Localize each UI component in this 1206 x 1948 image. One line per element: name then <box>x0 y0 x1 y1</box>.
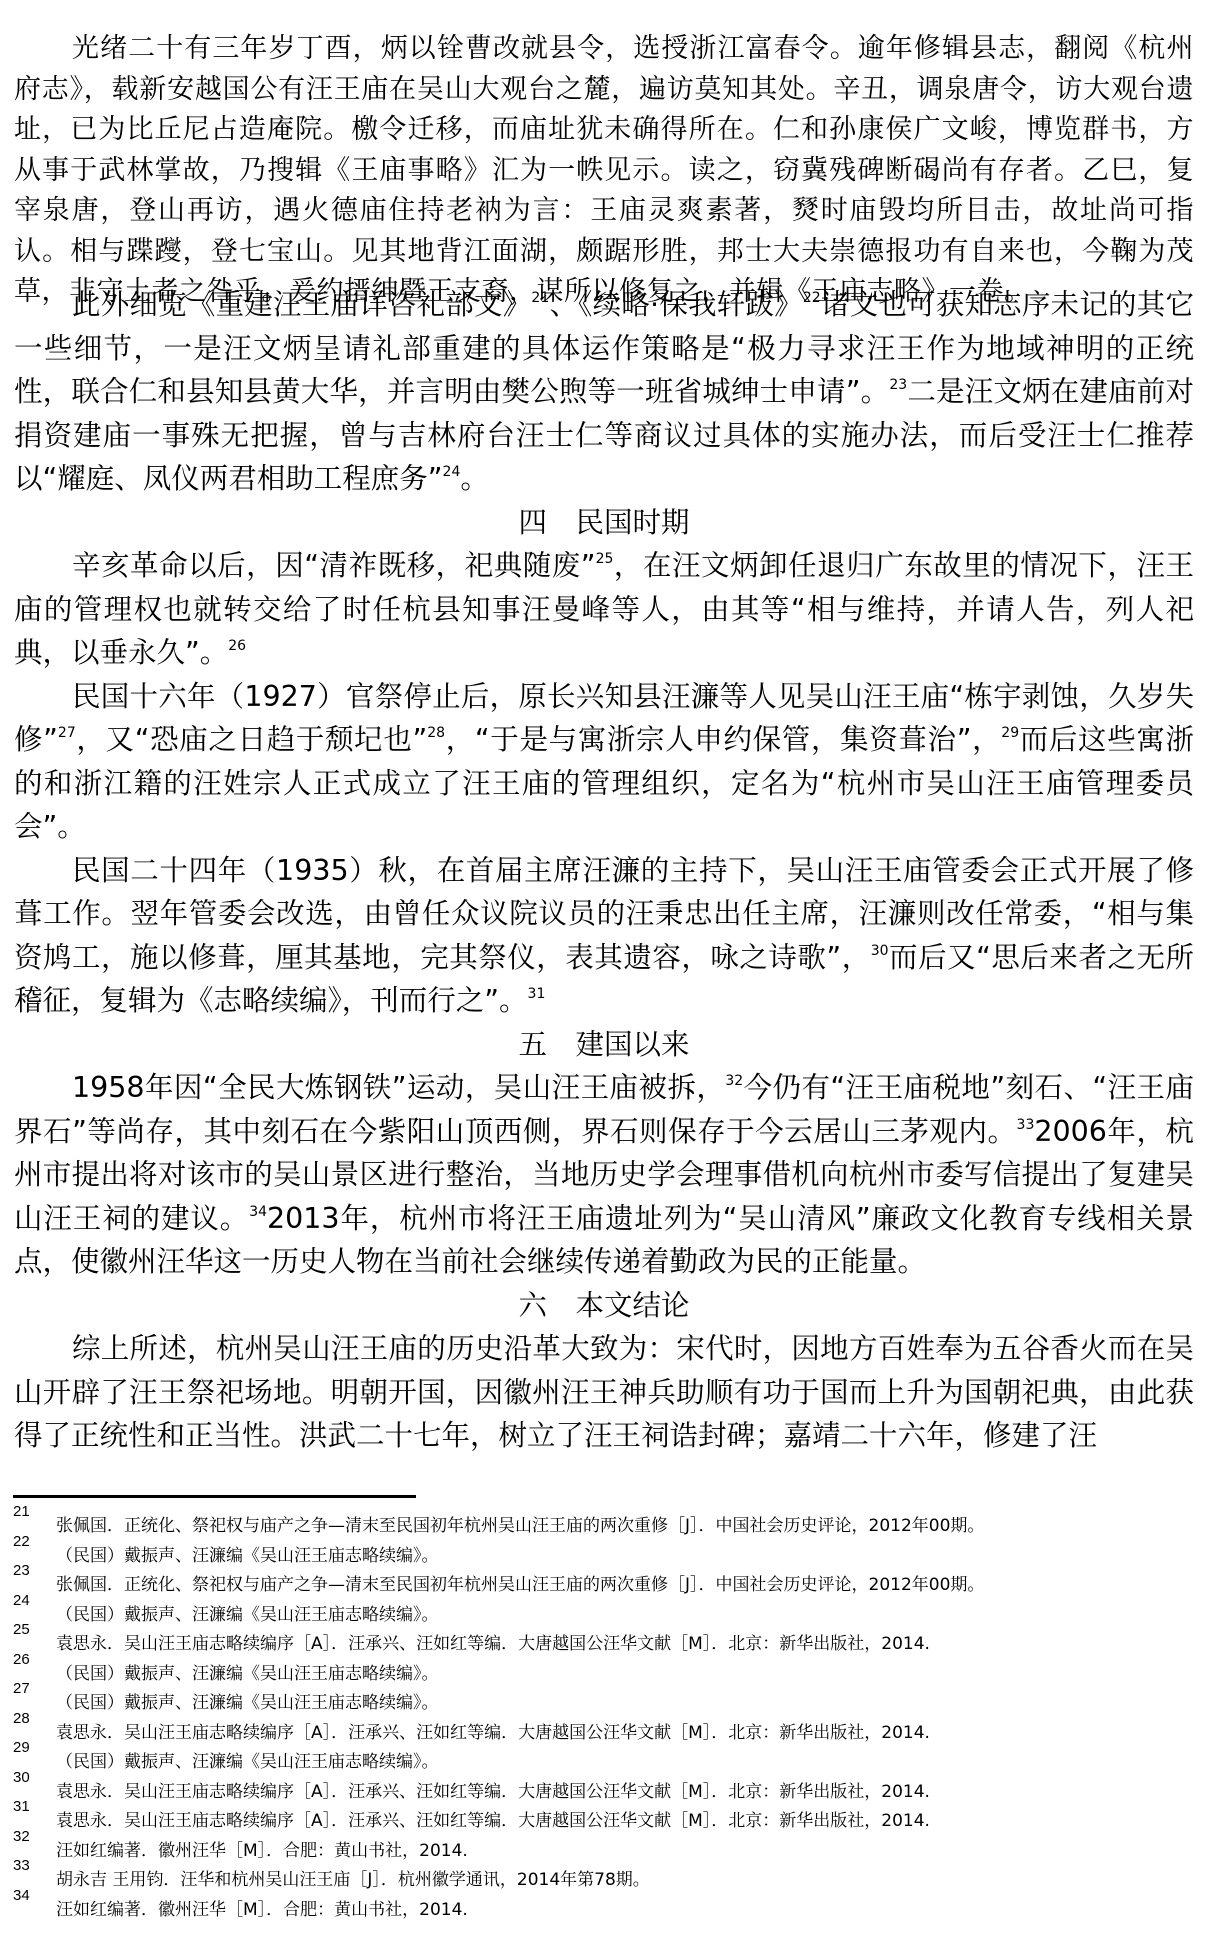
footnote-number: 21 <box>13 1503 30 1520</box>
footnote-item: 24（民国）戴振声、汪濂编《吴山汪王庙志略续编》。 <box>13 1592 1193 1622</box>
paragraph-text: ，又“恐庙之日趋于颓圮也” <box>76 723 428 756</box>
body-paragraph: 辛亥革命以后，因“清祚既移，祀典随废”25，在汪文炳卸任退归广东故里的情况下，汪… <box>14 544 1194 675</box>
footnote-reference[interactable]: 24 <box>443 464 461 480</box>
footnote-reference[interactable]: 30 <box>871 943 889 959</box>
footnote-number: 27 <box>13 1680 30 1697</box>
paragraph-text: 综上所述，杭州吴山汪王庙的历史沿革大致为：宋代时，因地方百姓奉为五谷香火而在吴山… <box>14 1332 1194 1452</box>
footnote-number: 29 <box>13 1739 30 1756</box>
footnote-reference[interactable]: 25 <box>596 551 614 567</box>
main-body-text: 此外细览《重建汪王庙详咨礼部文》21、《续略·保我轩跋》22诸文也可获知志序未记… <box>14 283 1194 1458</box>
footnote-number: 31 <box>13 1798 30 1815</box>
footnotes-list: 21张佩国．正统化、祭祀权与庙产之争—清末至民国初年杭州吴山汪王庙的两次重修［J… <box>13 1503 1193 1916</box>
footnote-item: 31袁思永．吴山汪王庙志略续编序［A］．汪承兴、汪如红等编．大唐越国公汪华文献［… <box>13 1798 1193 1828</box>
footnote-item: 33胡永吉 王用钧．汪华和杭州吴山汪王庙［J］．杭州徽学通讯，2014年第78期… <box>13 1857 1193 1887</box>
footnote-reference[interactable]: 31 <box>528 986 546 1002</box>
paragraph-text: 。 <box>460 462 489 495</box>
footnote-citation: 汪如红编著．徽州汪华［M］．合肥：黄山书社，2014. <box>56 1895 468 1920</box>
section-heading: 四 民国时期 <box>14 501 1194 545</box>
paragraph-text: 辛亥革命以后，因“清祚既移，祀典随废” <box>72 549 596 582</box>
footnote-reference[interactable]: 34 <box>249 1204 267 1220</box>
paragraph-text: 、《续略·保我轩跋》 <box>549 288 803 321</box>
footnote-item: 25袁思永．吴山汪王庙志略续编序［A］．汪承兴、汪如红等编．大唐越国公汪华文献［… <box>13 1621 1193 1651</box>
body-paragraph: 此外细览《重建汪王庙详咨礼部文》21、《续略·保我轩跋》22诸文也可获知志序未记… <box>14 283 1194 501</box>
footnote-item: 27（民国）戴振声、汪濂编《吴山汪王庙志略续编》。 <box>13 1680 1193 1710</box>
footnote-number: 24 <box>13 1592 30 1609</box>
paragraph-text: ，“于是与寓浙宗人申约保管，集资葺治”， <box>445 723 1001 756</box>
footnote-reference[interactable]: 23 <box>889 377 907 393</box>
footnote-item: 34汪如红编著．徽州汪华［M］．合肥：黄山书社，2014. <box>13 1887 1193 1917</box>
footnote-item: 29（民国）戴振声、汪濂编《吴山汪王庙志略续编》。 <box>13 1739 1193 1769</box>
footnote-item: 28袁思永．吴山汪王庙志略续编序［A］．汪承兴、汪如红等编．大唐越国公汪华文献［… <box>13 1710 1193 1740</box>
footnote-reference[interactable]: 33 <box>1017 1117 1035 1133</box>
footnote-reference[interactable]: 28 <box>427 725 445 741</box>
footnote-number: 34 <box>13 1887 30 1904</box>
footnote-number: 32 <box>13 1828 30 1845</box>
footnote-item: 32汪如红编著．徽州汪华［M］．合肥：黄山书社，2014. <box>13 1828 1193 1858</box>
footnote-reference[interactable]: 27 <box>58 725 76 741</box>
body-paragraph: 民国十六年（1927）官祭停止后，原长兴知县汪濂等人见吴山汪王庙“栋宇剥蚀，久岁… <box>14 675 1194 849</box>
footnote-number: 26 <box>13 1651 30 1668</box>
footnote-item: 22（民国）戴振声、汪濂编《吴山汪王庙志略续编》。 <box>13 1533 1193 1563</box>
footnote-number: 25 <box>13 1621 30 1638</box>
footnote-number: 23 <box>13 1562 30 1579</box>
footnote-number: 28 <box>13 1710 30 1727</box>
footnote-separator <box>13 1495 416 1498</box>
footnote-reference[interactable]: 21 <box>531 290 549 306</box>
footnote-item: 26（民国）戴振声、汪濂编《吴山汪王庙志略续编》。 <box>13 1651 1193 1681</box>
body-paragraph: 综上所述，杭州吴山汪王庙的历史沿革大致为：宋代时，因地方百姓奉为五谷香火而在吴山… <box>14 1327 1194 1458</box>
footnote-number: 30 <box>13 1769 30 1786</box>
footnote-reference[interactable]: 26 <box>228 638 246 654</box>
footnote-item: 23张佩国．正统化、祭祀权与庙产之争—清末至民国初年杭州吴山汪王庙的两次重修［J… <box>13 1562 1193 1592</box>
document-page: 光绪二十有三年岁丁酉，炳以铨曹改就县令，选授浙江富春令。逾年修辑县志，翻阅《杭州… <box>0 0 1206 1948</box>
footnote-item: 30袁思永．吴山汪王庙志略续编序［A］．汪承兴、汪如红等编．大唐越国公汪华文献［… <box>13 1769 1193 1799</box>
section-heading: 六 本文结论 <box>14 1284 1194 1328</box>
footnote-reference[interactable]: 32 <box>725 1073 743 1089</box>
footnote-reference[interactable]: 29 <box>1001 725 1019 741</box>
footnote-item: 21张佩国．正统化、祭祀权与庙产之争—清末至民国初年杭州吴山汪王庙的两次重修［J… <box>13 1503 1193 1533</box>
body-paragraph: 民国二十四年（1935）秋，在首届主席汪濂的主持下，吴山汪王庙管委会正式开展了修… <box>14 849 1194 1023</box>
footnote-number: 22 <box>13 1533 30 1550</box>
section-heading: 五 建国以来 <box>14 1023 1194 1067</box>
paragraph-text: 此外细览《重建汪王庙详咨礼部文》 <box>72 288 531 321</box>
footnote-reference[interactable]: 22 <box>803 290 821 306</box>
footnote-number: 33 <box>13 1857 30 1874</box>
quoted-preface-paragraph: 光绪二十有三年岁丁酉，炳以铨曹改就县令，选授浙江富春令。逾年修辑县志，翻阅《杭州… <box>14 29 1194 313</box>
paragraph-text: 1958年因“全民大炼钢铁”运动，吴山汪王庙被拆， <box>72 1071 725 1104</box>
body-paragraph: 1958年因“全民大炼钢铁”运动，吴山汪王庙被拆，32今仍有“汪王庙税地”刻石、… <box>14 1066 1194 1284</box>
